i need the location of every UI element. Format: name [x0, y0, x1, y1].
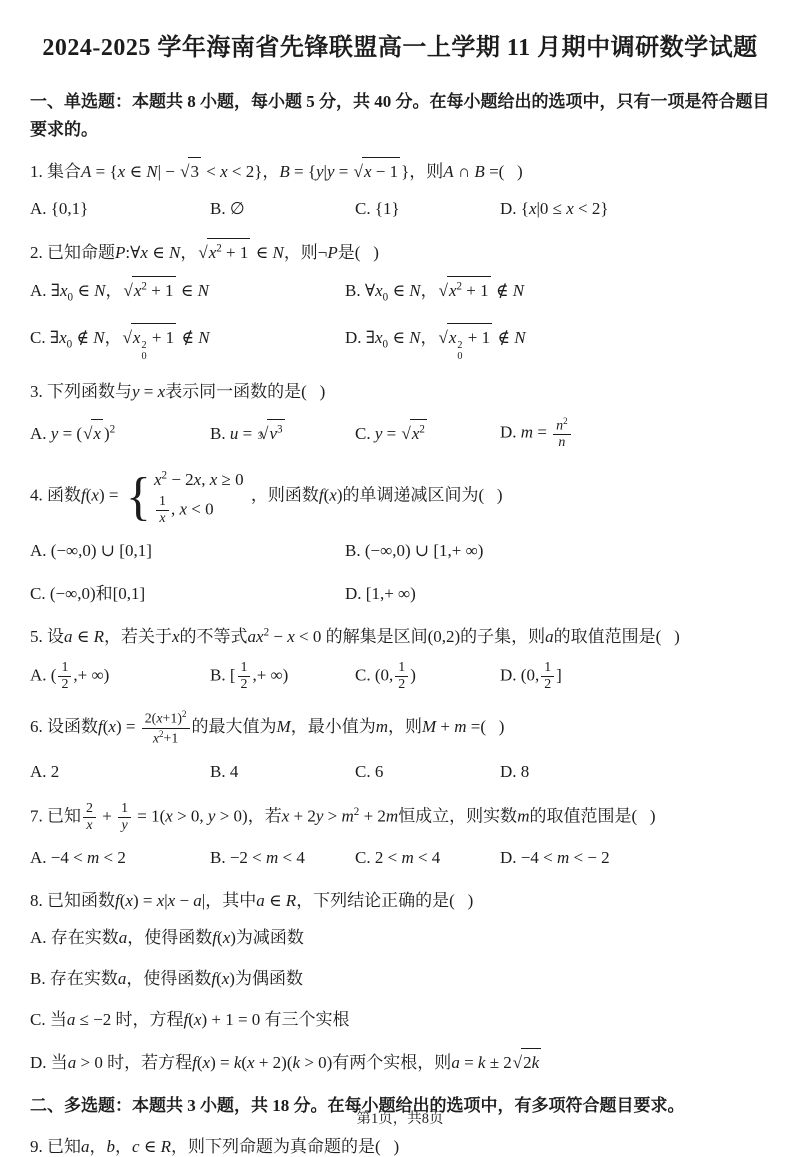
question-3-option-c: C. y = √x2 — [355, 419, 500, 447]
question-5-option-a: A. (12,+ ∞) — [30, 660, 210, 693]
question-7-options: A. −4 < m < 2 B. −2 < m < 4 C. 2 < m < 4… — [30, 844, 770, 871]
question-8-options: A. 存在实数a，使得函数f(x)为减函数 B. 存在实数a，使得函数f(x)为… — [30, 924, 770, 1076]
question-3-option-d: D. m = n2n — [500, 416, 770, 452]
page-title: 2024-2025 学年海南省先锋联盟高一上学期 11 月期中调研数学试题 — [30, 32, 770, 64]
question-7: 7. 已知2x + 1y = 1(x > 0, y > 0)，若x + 2y >… — [30, 801, 770, 871]
question-8-option-a: A. 存在实数a，使得函数f(x)为减函数 — [30, 924, 770, 951]
question-2-option-b: B. ∀x0 ∈ N，√x2 + 1 ∉ N — [345, 276, 770, 307]
question-5-options: A. (12,+ ∞) B. [12,+ ∞) C. (0,12) D. (0,… — [30, 660, 770, 693]
question-8-option-b: B. 存在实数a，使得函数f(x)为偶函数 — [30, 965, 770, 992]
question-5-option-b: B. [12,+ ∞) — [210, 660, 355, 693]
question-7-option-b: B. −2 < m < 4 — [210, 844, 355, 871]
question-3-option-a: A. y = (√x)2 — [30, 419, 210, 447]
section-1-header: 一、单选题：本题共 8 小题，每小题 5 分，共 40 分。在每小题给出的选项中… — [30, 88, 770, 142]
question-2-options: A. ∃x0 ∈ N，√x2 + 1 ∈ N B. ∀x0 ∈ N，√x2 + … — [30, 276, 770, 362]
question-2-stem: 2. 已知命题P:∀x ∈ N，√x2 + 1 ∈ N，则¬P是( ) — [30, 238, 770, 266]
question-7-stem: 7. 已知2x + 1y = 1(x > 0, y > 0)，若x + 2y >… — [30, 801, 770, 834]
question-4-options: A. (−∞,0) ∪ [0,1] B. (−∞,0) ∪ [1,+ ∞) C.… — [30, 537, 770, 607]
question-2-option-d: D. ∃x0 ∈ N，√x20 + 1 ∉ N — [345, 323, 770, 362]
question-7-option-d: D. −4 < m < − 2 — [500, 844, 770, 871]
question-9-stem: 9. 已知a，b，c ∈ R，则下列命题为真命题的是( ) — [30, 1133, 770, 1157]
question-8-option-d: D. 当a > 0 时，若方程f(x) = k(x + 2)(k > 0)有两个… — [30, 1048, 770, 1076]
exam-page: 2024-2025 学年海南省先锋联盟高一上学期 11 月期中调研数学试题 一、… — [0, 0, 800, 1157]
question-4-stem: 4. 函数f(x) = {x2 − 2x, x ≥ 01x, x < 0 ，则函… — [30, 467, 770, 526]
question-1: 1. 集合A = {x ∈ N| − √3 < x < 2}，B = {y|y … — [30, 157, 770, 222]
question-3-stem: 3. 下列函数与y = x表示同一函数的是( ) — [30, 378, 770, 405]
question-5-option-c: C. (0,12) — [355, 660, 500, 693]
question-8-option-c: C. 当a ≤ −2 时，方程f(x) + 1 = 0 有三个实根 — [30, 1006, 770, 1033]
question-2-option-a: A. ∃x0 ∈ N，√x2 + 1 ∈ N — [30, 276, 345, 307]
question-4-option-d: D. [1,+ ∞) — [345, 580, 770, 607]
question-4-option-a: A. (−∞,0) ∪ [0,1] — [30, 537, 345, 564]
question-5-option-d: D. (0,12] — [500, 660, 770, 693]
question-7-option-c: C. 2 < m < 4 — [355, 844, 500, 871]
question-8: 8. 已知函数f(x) = x|x − a|，其中a ∈ R，下列结论正确的是(… — [30, 887, 770, 1076]
question-3-options: A. y = (√x)2 B. u = 3√v3 C. y = √x2 D. m… — [30, 416, 770, 452]
question-6-option-a: A. 2 — [30, 758, 210, 785]
question-1-option-d: D. {x|0 ≤ x < 2} — [500, 195, 770, 222]
question-9: 9. 已知a，b，c ∈ R，则下列命题为真命题的是( ) — [30, 1133, 770, 1157]
question-2: 2. 已知命题P:∀x ∈ N，√x2 + 1 ∈ N，则¬P是( ) A. ∃… — [30, 238, 770, 362]
question-4-option-c: C. (−∞,0)和[0,1] — [30, 580, 345, 607]
question-3: 3. 下列函数与y = x表示同一函数的是( ) A. y = (√x)2 B.… — [30, 378, 770, 451]
question-1-option-b: B. ∅ — [210, 195, 355, 222]
question-5-stem: 5. 设a ∈ R，若关于x的不等式ax2 − x < 0 的解集是区间(0,2… — [30, 623, 770, 650]
question-6: 6. 设函数f(x) = 2(x+1)2x2+1的最大值为M，最小值为m，则M … — [30, 709, 770, 785]
question-5: 5. 设a ∈ R，若关于x的不等式ax2 − x < 0 的解集是区间(0,2… — [30, 623, 770, 693]
question-8-stem: 8. 已知函数f(x) = x|x − a|，其中a ∈ R，下列结论正确的是(… — [30, 887, 770, 914]
question-1-option-c: C. {1} — [355, 195, 500, 222]
question-3-option-b: B. u = 3√v3 — [210, 419, 355, 447]
question-1-stem: 1. 集合A = {x ∈ N| − √3 < x < 2}，B = {y|y … — [30, 157, 770, 185]
question-6-option-b: B. 4 — [210, 758, 355, 785]
page-number: 第1页，共8页 — [0, 1108, 800, 1131]
question-6-option-c: C. 6 — [355, 758, 500, 785]
question-1-option-a: A. {0,1} — [30, 195, 210, 222]
question-2-option-c: C. ∃x0 ∉ N，√x20 + 1 ∉ N — [30, 323, 345, 362]
question-6-options: A. 2 B. 4 C. 6 D. 8 — [30, 758, 770, 785]
question-6-option-d: D. 8 — [500, 758, 770, 785]
question-4: 4. 函数f(x) = {x2 − 2x, x ≥ 01x, x < 0 ，则函… — [30, 467, 770, 607]
question-6-stem: 6. 设函数f(x) = 2(x+1)2x2+1的最大值为M，最小值为m，则M … — [30, 709, 770, 747]
question-1-options: A. {0,1} B. ∅ C. {1} D. {x|0 ≤ x < 2} — [30, 195, 770, 222]
question-7-option-a: A. −4 < m < 2 — [30, 844, 210, 871]
question-4-option-b: B. (−∞,0) ∪ [1,+ ∞) — [345, 537, 770, 564]
